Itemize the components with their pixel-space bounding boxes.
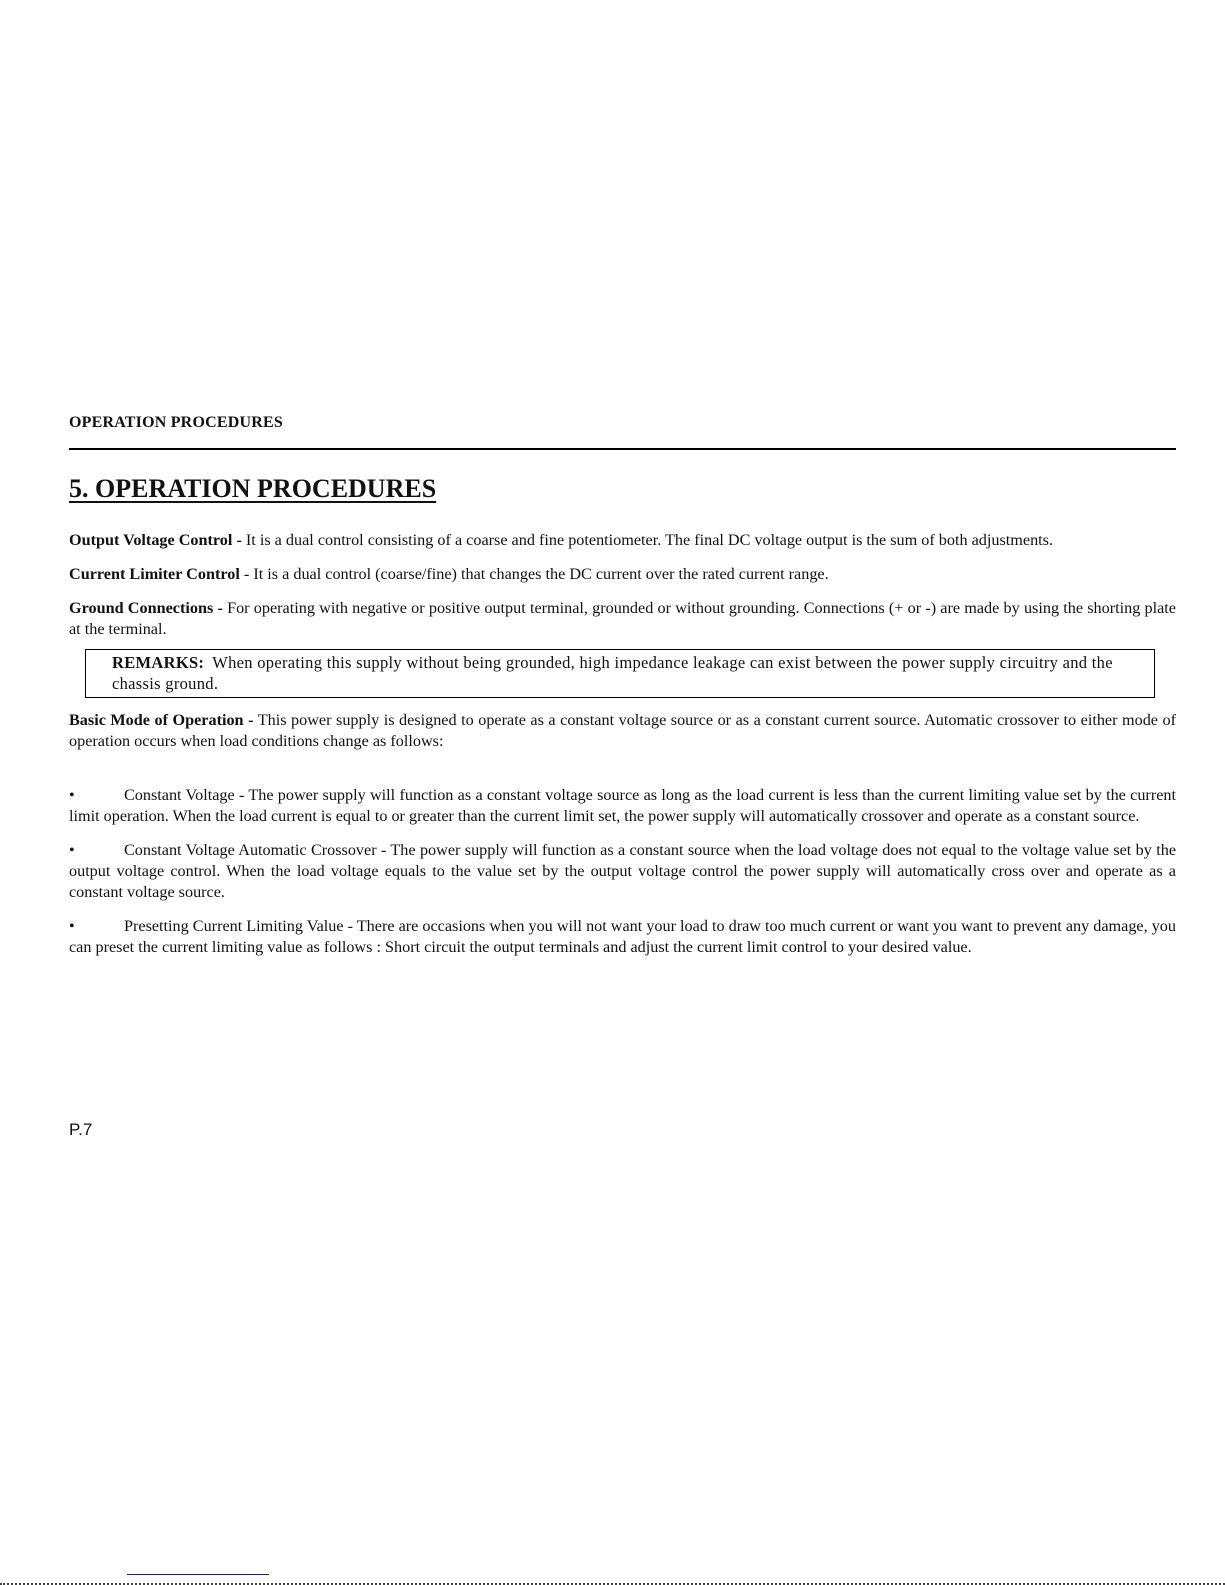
document-body: Output Voltage Control - It is a dual co…: [69, 530, 1176, 971]
list-item-text: Constant Voltage - The power supply will…: [69, 786, 1176, 825]
ground-connections-paragraph: Ground Connections - For operating with …: [69, 598, 1176, 640]
output-voltage-control-paragraph: Output Voltage Control - It is a dual co…: [69, 530, 1176, 551]
current-limiter-control-term: Current Limiter Control: [69, 565, 240, 583]
list-item-presetting-current: •Presetting Current Limiting Value - The…: [69, 916, 1176, 958]
ground-connections-term: Ground Connections -: [69, 599, 223, 617]
list-item-text: Presetting Current Limiting Value - Ther…: [69, 917, 1176, 956]
current-limiter-control-text: - It is a dual control (coarse/fine) tha…: [240, 565, 829, 583]
basic-mode-term: Basic Mode of Operation -: [69, 711, 253, 729]
bullet-icon: •: [69, 840, 124, 861]
basic-mode-paragraph: Basic Mode of Operation - This power sup…: [69, 710, 1176, 752]
running-header: OPERATION PROCEDURES: [69, 414, 283, 432]
page-number: P.7: [69, 1120, 92, 1140]
bullet-icon: •: [69, 785, 124, 806]
list-item-automatic-crossover: •Constant Voltage Automatic Crossover - …: [69, 840, 1176, 903]
remarks-text: When operating this supply without being…: [112, 653, 1113, 693]
ground-connections-text: For operating with negative or positive …: [69, 599, 1176, 638]
list-item-text: Constant Voltage Automatic Crossover - T…: [69, 841, 1176, 901]
remarks-label: REMARKS:: [112, 653, 204, 672]
output-voltage-control-text: It is a dual control consisting of a coa…: [242, 531, 1053, 549]
bullet-icon: •: [69, 916, 124, 937]
scan-link-underline: [127, 1574, 269, 1575]
header-rule: [69, 448, 1176, 450]
current-limiter-control-paragraph: Current Limiter Control - It is a dual c…: [69, 564, 1176, 585]
section-title: 5. OPERATION PROCEDURES: [69, 474, 436, 504]
output-voltage-control-term: Output Voltage Control -: [69, 531, 242, 549]
list-item-constant-voltage: •Constant Voltage - The power supply wil…: [69, 785, 1176, 827]
remarks-box: REMARKS:When operating this supply witho…: [85, 649, 1155, 698]
